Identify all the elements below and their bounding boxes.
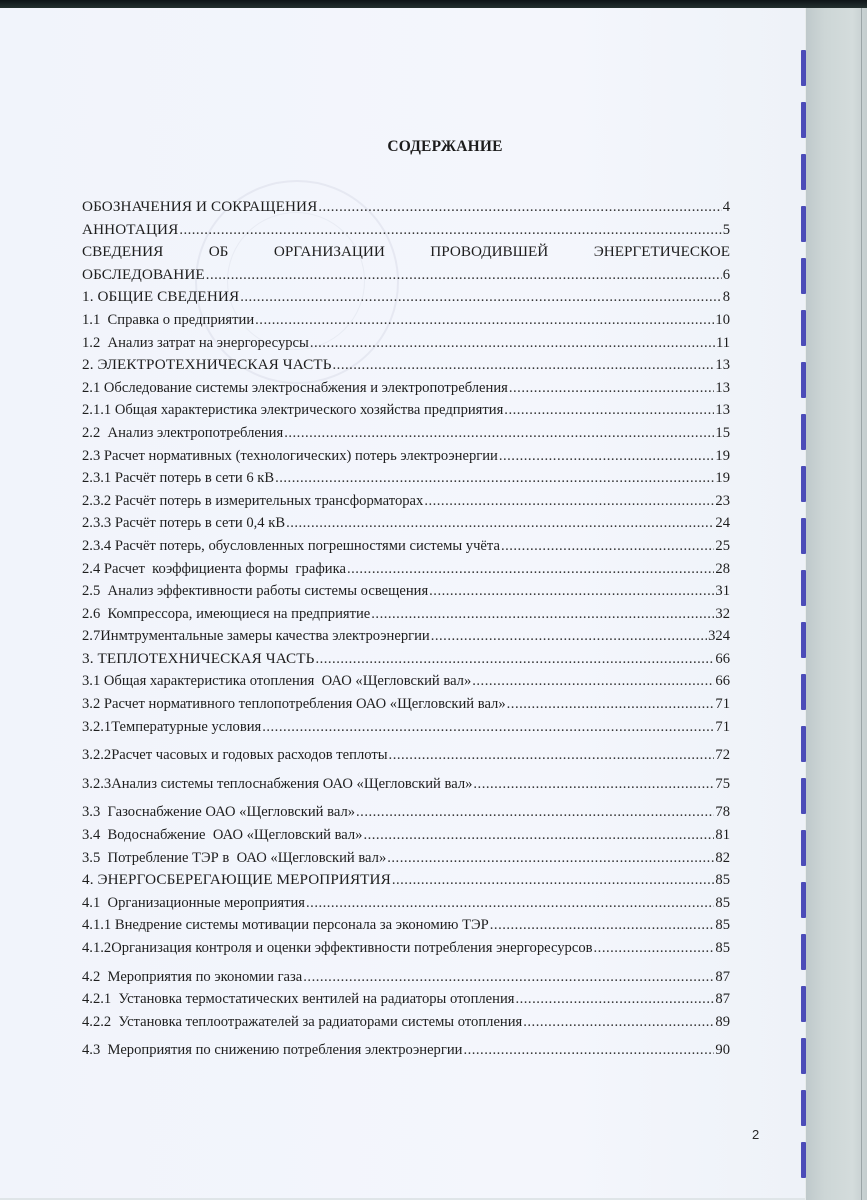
toc-dot-leader xyxy=(463,1039,714,1062)
stitch-mark xyxy=(801,882,806,918)
stitch-mark xyxy=(801,50,806,86)
toc-entry[interactable]: 3.2.1Температурные условия71 xyxy=(82,716,730,739)
toc-entry[interactable]: ОБОЗНАЧЕНИЯ И СОКРАЩЕНИЯ4 xyxy=(82,196,730,219)
toc-entry-label: 4.1.2Организация контроля и оценки эффек… xyxy=(82,937,593,960)
toc-dot-leader xyxy=(371,603,714,626)
stitch-mark xyxy=(801,466,806,502)
toc-entry-label: 3.2.2Расчет часовых и годовых расходов т… xyxy=(82,744,388,767)
toc-entry-page: 19 xyxy=(715,445,730,468)
toc-dot-leader xyxy=(179,219,721,242)
toc-entry-page: 89 xyxy=(715,1011,730,1034)
toc-dot-leader xyxy=(431,625,707,648)
stitch-mark xyxy=(801,258,806,294)
stitch-mark xyxy=(801,726,806,762)
toc-entry-word: СВЕДЕНИЯ xyxy=(82,241,163,264)
toc-entry-label: 2.7Инмтрументальные замеры качества элек… xyxy=(82,625,430,648)
toc-entry-word: ЭНЕРГЕТИЧЕСКОЕ xyxy=(594,241,730,264)
toc-entry-label: 2.3.1 Расчёт потерь в сети 6 кВ xyxy=(82,467,274,490)
toc-entry-page: 71 xyxy=(715,716,730,739)
toc-dot-leader xyxy=(507,693,715,716)
toc-entry-page: 5 xyxy=(723,219,730,242)
toc-entry[interactable]: 2.7Инмтрументальные замеры качества элек… xyxy=(82,625,730,648)
toc-entry-label: 2.3 Расчет нормативных (технологических)… xyxy=(82,445,498,468)
toc-entry[interactable]: 2.5 Анализ эффективности работы системы … xyxy=(82,580,730,603)
binding-edge xyxy=(805,8,867,1200)
toc-dot-leader xyxy=(275,467,714,490)
stitch-mark xyxy=(801,830,806,866)
toc-entry[interactable]: 1. ОБЩИЕ СВЕДЕНИЯ8 xyxy=(82,286,730,309)
toc-entry-label: 4.2.2 Установка теплоотражателей за ради… xyxy=(82,1011,522,1034)
toc-entry[interactable]: 4.2.1 Установка термостатических вентиле… xyxy=(82,988,730,1011)
toc-entry-label: ОБСЛЕДОВАНИЕ xyxy=(82,264,205,287)
toc-dot-leader xyxy=(318,196,721,219)
toc-entry[interactable]: 2.6 Компрессора, имеющиеся на предприяти… xyxy=(82,603,730,626)
toc-entry[interactable]: 1.1 Справка о предприятии10 xyxy=(82,309,730,332)
toc-entry[interactable]: 3.3 Газоснабжение ОАО «Щегловский вал»78 xyxy=(82,801,730,824)
toc-entry-page: 78 xyxy=(715,801,730,824)
toc-entry[interactable]: 3.2.3Анализ системы теплоснабжения ОАО «… xyxy=(82,773,730,796)
table-of-contents: ОБОЗНАЧЕНИЯ И СОКРАЩЕНИЯ4АННОТАЦИЯ5 СВЕД… xyxy=(82,196,730,1062)
toc-entry-label: 4.2 Мероприятия по экономии газа xyxy=(82,966,302,989)
toc-entry-page: 66 xyxy=(715,648,730,671)
toc-dot-leader xyxy=(306,892,714,915)
toc-entry-label: 3.2.1Температурные условия xyxy=(82,716,261,739)
toc-entry-page: 66 xyxy=(715,670,730,693)
toc-dot-leader xyxy=(490,914,715,937)
toc-entry[interactable]: 3.4 Водоснабжение ОАО «Щегловский вал»81 xyxy=(82,824,730,847)
toc-entry-page: 13 xyxy=(715,377,730,400)
toc-dot-leader xyxy=(363,824,714,847)
toc-entry-label: 2.3.2 Расчёт потерь в измерительных тран… xyxy=(82,490,423,513)
toc-dot-leader xyxy=(515,988,714,1011)
toc-entry-label: 3.4 Водоснабжение ОАО «Щегловский вал» xyxy=(82,824,362,847)
stitch-mark xyxy=(801,934,806,970)
toc-entry-page: 72 xyxy=(715,744,730,767)
toc-entry-page: 4 xyxy=(723,196,730,219)
toc-entry-page: 32 xyxy=(715,603,730,626)
stitch-mark xyxy=(801,778,806,814)
toc-dot-leader xyxy=(315,648,714,671)
toc-entry-label: 1. ОБЩИЕ СВЕДЕНИЯ xyxy=(82,286,239,309)
toc-entry-label: 3.2 Расчет нормативного теплопотребления… xyxy=(82,693,506,716)
toc-entry-page: 87 xyxy=(715,988,730,1011)
toc-entry-page: 15 xyxy=(715,422,730,445)
toc-entry-page: 87 xyxy=(715,966,730,989)
toc-dot-leader xyxy=(333,354,715,377)
toc-entry-label: 3.2.3Анализ системы теплоснабжения ОАО «… xyxy=(82,773,472,796)
toc-dot-leader xyxy=(387,847,714,870)
toc-entry-page: 10 xyxy=(715,309,730,332)
toc-entry-label: 2.3.4 Расчёт потерь, обусловленных погре… xyxy=(82,535,500,558)
toc-entry-page: 85 xyxy=(715,914,730,937)
toc-entry[interactable]: 2.1.1 Общая характеристика электрическог… xyxy=(82,399,730,422)
toc-entry-org-line2[interactable]: ОБСЛЕДОВАНИЕ 6 xyxy=(82,264,730,287)
toc-dot-leader xyxy=(523,1011,714,1034)
toc-dot-leader xyxy=(206,264,722,287)
stitch-mark xyxy=(801,362,806,398)
stitch-mark xyxy=(801,570,806,606)
toc-entry[interactable]: 1.2 Анализ затрат на энергоресурсы11 xyxy=(82,332,730,355)
toc-dot-leader xyxy=(472,670,714,693)
toc-dot-leader xyxy=(499,445,715,468)
toc-entry-page: 324 xyxy=(708,625,730,648)
toc-entry-word: ПРОВОДИВШЕЙ xyxy=(430,241,548,264)
toc-dot-leader xyxy=(509,377,715,400)
stitch-mark xyxy=(801,1090,806,1126)
toc-entry-page: 8 xyxy=(723,286,730,309)
toc-entry[interactable]: 2.1 Обследование системы электроснабжени… xyxy=(82,377,730,400)
toc-entry-page: 24 xyxy=(715,512,730,535)
toc-entry-word: ОБ xyxy=(209,241,229,264)
stitch-mark xyxy=(801,674,806,710)
toc-dot-leader xyxy=(286,512,714,535)
toc-entry-page: 85 xyxy=(715,937,730,960)
toc-entry-label: 2.3.3 Расчёт потерь в сети 0,4 кВ xyxy=(82,512,285,535)
toc-dot-leader xyxy=(504,399,714,422)
toc-dot-leader xyxy=(594,937,715,960)
toc-entry[interactable]: 3.1 Общая характеристика отопления ОАО «… xyxy=(82,670,730,693)
toc-dot-leader xyxy=(389,744,715,767)
stitch-mark xyxy=(801,1038,806,1074)
toc-entry-label: 2.1.1 Общая характеристика электрическог… xyxy=(82,399,503,422)
binding-stitches xyxy=(801,50,809,1200)
toc-dot-leader xyxy=(392,869,715,892)
toc-dot-leader xyxy=(240,286,722,309)
toc-dot-leader xyxy=(473,773,714,796)
toc-entry-label: 4. ЭНЕРГОСБЕРЕГАЮЩИЕ МЕРОПРИЯТИЯ xyxy=(82,869,391,892)
toc-entry-word: ОРГАНИЗАЦИИ xyxy=(274,241,385,264)
toc-dot-leader xyxy=(303,966,714,989)
toc-entry-page: 19 xyxy=(715,467,730,490)
toc-entry-page: 81 xyxy=(715,824,730,847)
toc-entry-label: 4.2.1 Установка термостатических вентиле… xyxy=(82,988,514,1011)
toc-entry[interactable]: 2.3.3 Расчёт потерь в сети 0,4 кВ24 xyxy=(82,512,730,535)
toc-entry[interactable]: 4.1.2Организация контроля и оценки эффек… xyxy=(82,937,730,960)
toc-entry[interactable]: 4.2.2 Установка теплоотражателей за ради… xyxy=(82,1011,730,1034)
toc-entry[interactable]: 2.2 Анализ электропотребления15 xyxy=(82,422,730,445)
toc-entry-page: 13 xyxy=(715,354,730,377)
toc-dot-leader xyxy=(424,490,714,513)
toc-entry-label: 2.1 Обследование системы электроснабжени… xyxy=(82,377,508,400)
toc-entry[interactable]: 2.3.1 Расчёт потерь в сети 6 кВ19 xyxy=(82,467,730,490)
toc-dot-leader xyxy=(310,332,715,355)
toc-entry-label: 2.4 Расчет коэффициента формы графика xyxy=(82,558,346,581)
toc-entry[interactable]: 4.1 Организационные мероприятия85 xyxy=(82,892,730,915)
toc-entry-page: 31 xyxy=(715,580,730,603)
toc-entry-label: 2.5 Анализ эффективности работы системы … xyxy=(82,580,428,603)
toc-entry[interactable]: 2.3.4 Расчёт потерь, обусловленных погре… xyxy=(82,535,730,558)
toc-dot-leader xyxy=(501,535,714,558)
stitch-mark xyxy=(801,206,806,242)
toc-entry-label: 4.1 Организационные мероприятия xyxy=(82,892,305,915)
stitch-mark xyxy=(801,154,806,190)
toc-entry-page: 90 xyxy=(715,1039,730,1062)
toc-entry[interactable]: 2.3 Расчет нормативных (технологических)… xyxy=(82,445,730,468)
toc-entry-page: 11 xyxy=(716,332,730,355)
toc-entry[interactable]: 2. ЭЛЕКТРОТЕХНИЧЕСКАЯ ЧАСТЬ13 xyxy=(82,354,730,377)
toc-entry-label: 1.2 Анализ затрат на энергоресурсы xyxy=(82,332,309,355)
toc-entry[interactable]: 2.4 Расчет коэффициента формы графика28 xyxy=(82,558,730,581)
toc-entry[interactable]: АННОТАЦИЯ5 xyxy=(82,219,730,242)
toc-entry-label: 3.3 Газоснабжение ОАО «Щегловский вал» xyxy=(82,801,355,824)
toc-entry-page: 85 xyxy=(715,892,730,915)
toc-entry[interactable]: 2.3.2 Расчёт потерь в измерительных тран… xyxy=(82,490,730,513)
stitch-mark xyxy=(801,986,806,1022)
toc-entry-label: 2.2 Анализ электропотребления xyxy=(82,422,283,445)
toc-entry-label: ОБОЗНАЧЕНИЯ И СОКРАЩЕНИЯ xyxy=(82,196,317,219)
toc-entry-page: 28 xyxy=(715,558,730,581)
toc-entry-label: 2. ЭЛЕКТРОТЕХНИЧЕСКАЯ ЧАСТЬ xyxy=(82,354,332,377)
page-title: СОДЕРЖАНИЕ xyxy=(0,138,867,156)
stitch-mark xyxy=(801,622,806,658)
toc-entry-page: 75 xyxy=(715,773,730,796)
toc-entry-org-line1[interactable]: СВЕДЕНИЯОБОРГАНИЗАЦИИПРОВОДИВШЕЙЭНЕРГЕТИ… xyxy=(82,241,730,264)
toc-entry-label: 1.1 Справка о предприятии xyxy=(82,309,254,332)
toc-entry[interactable]: 4.1.1 Внедрение системы мотивации персон… xyxy=(82,914,730,937)
toc-entry-label: АННОТАЦИЯ xyxy=(82,219,178,242)
toc-entry-label: 4.1.1 Внедрение системы мотивации персон… xyxy=(82,914,489,937)
toc-entry-page: 85 xyxy=(715,869,730,892)
toc-entry-label: 3. ТЕПЛОТЕХНИЧЕСКАЯ ЧАСТЬ xyxy=(82,648,314,671)
toc-entry-page: 23 xyxy=(715,490,730,513)
toc-entry[interactable]: 3.5 Потребление ТЭР в ОАО «Щегловский ва… xyxy=(82,847,730,870)
scan-top-edge xyxy=(0,0,867,8)
toc-entry-page: 6 xyxy=(723,264,730,287)
stitch-mark xyxy=(801,102,806,138)
toc-entry-label: 3.5 Потребление ТЭР в ОАО «Щегловский ва… xyxy=(82,847,386,870)
toc-entry-label: 2.6 Компрессора, имеющиеся на предприяти… xyxy=(82,603,370,626)
page-number: 2 xyxy=(752,1127,759,1142)
toc-dot-leader xyxy=(347,558,714,581)
toc-entry[interactable]: 4.3 Мероприятия по снижению потребления … xyxy=(82,1039,730,1062)
toc-entry[interactable]: 3. ТЕПЛОТЕХНИЧЕСКАЯ ЧАСТЬ66 xyxy=(82,648,730,671)
toc-dot-leader xyxy=(356,801,714,824)
toc-entry-page: 13 xyxy=(715,399,730,422)
stitch-mark xyxy=(801,414,806,450)
toc-entry[interactable]: 3.2.2Расчет часовых и годовых расходов т… xyxy=(82,744,730,767)
stitch-mark xyxy=(801,1142,806,1178)
stitch-mark xyxy=(801,310,806,346)
toc-entry-page: 71 xyxy=(715,693,730,716)
toc-entry[interactable]: 4.2 Мероприятия по экономии газа87 xyxy=(82,966,730,989)
toc-dot-leader xyxy=(262,716,714,739)
toc-dot-leader xyxy=(255,309,714,332)
toc-entry-label: 3.1 Общая характеристика отопления ОАО «… xyxy=(82,670,471,693)
toc-dot-leader xyxy=(429,580,714,603)
stitch-mark xyxy=(801,518,806,554)
toc-entry[interactable]: 3.2 Расчет нормативного теплопотребления… xyxy=(82,693,730,716)
toc-entry[interactable]: 4. ЭНЕРГОСБЕРЕГАЮЩИЕ МЕРОПРИЯТИЯ85 xyxy=(82,869,730,892)
toc-entry-label: 4.3 Мероприятия по снижению потребления … xyxy=(82,1039,462,1062)
toc-entry-page: 82 xyxy=(715,847,730,870)
toc-dot-leader xyxy=(284,422,714,445)
toc-entry-page: 25 xyxy=(715,535,730,558)
